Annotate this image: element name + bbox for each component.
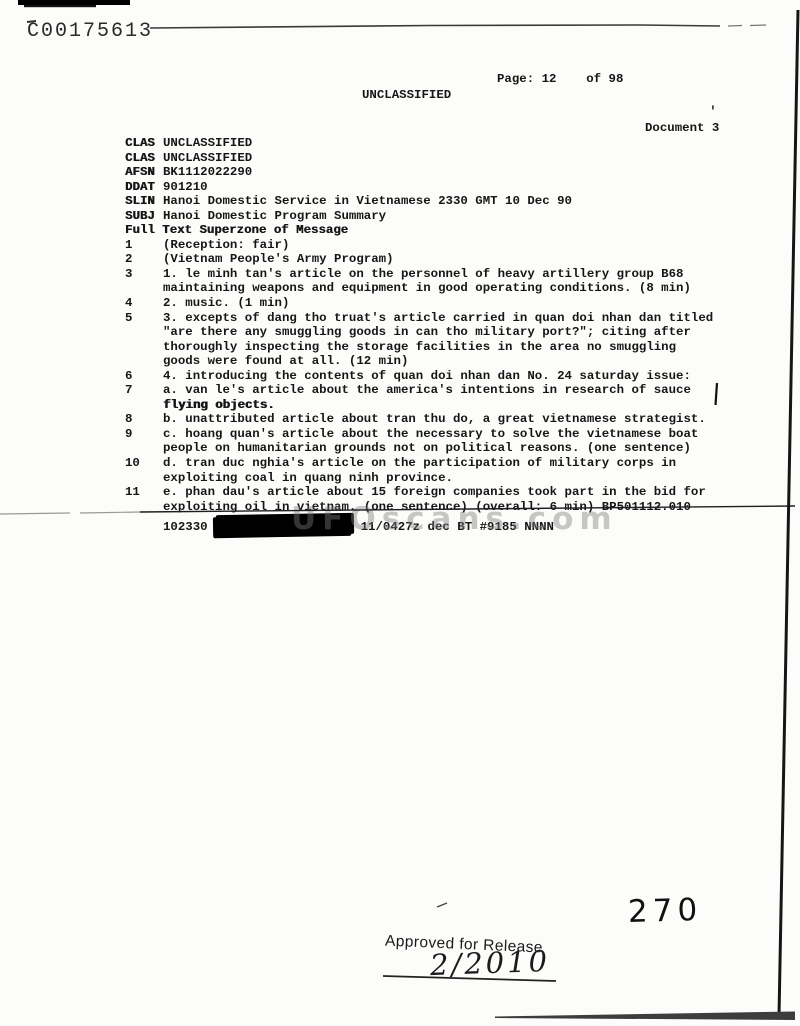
list-item-text: d. tran duc nghia's article on the parti… — [163, 456, 745, 485]
field-label: CLAS — [125, 151, 163, 166]
list-item: 7a. van le's article about the america's… — [125, 383, 745, 412]
mid-scan-line-dashed — [0, 512, 140, 514]
text-line: (Reception: fair) — [163, 238, 745, 253]
page-number-label: Page: 12 of 98 — [497, 72, 623, 87]
list-item: 42. music. (1 min) — [125, 296, 745, 311]
list-item-number: 9 — [125, 427, 163, 442]
field-value: Hanoi Domestic Service in Vietnamese 233… — [163, 194, 745, 209]
list-item: 64. introducing the contents of quan doi… — [125, 369, 745, 384]
text-line: exploiting coal in quang ninh province. — [163, 471, 745, 486]
text-line: thoroughly inspecting the storage facili… — [163, 340, 745, 355]
list-item: 1(Reception: fair) — [125, 238, 745, 253]
text-line: 4. introducing the contents of quan doi … — [163, 369, 745, 384]
list-item-number: 6 — [125, 369, 163, 384]
field-value: UNCLASSIFIED — [163, 136, 745, 151]
handwritten-page-number: 270 — [628, 892, 703, 930]
classification-header: UNCLASSIFIED — [362, 88, 451, 103]
text-line: d. tran duc nghia's article on the parti… — [163, 456, 745, 471]
field-row: CLASUNCLASSIFIED — [125, 151, 745, 166]
list-item-number: 3 — [125, 267, 163, 282]
list-item-text: (Reception: fair) — [163, 238, 745, 253]
list-item: 8b. unattributed article about tran thu … — [125, 412, 745, 427]
field-label: DDAT — [125, 180, 163, 195]
field-row: CLASUNCLASSIFIED — [125, 136, 745, 151]
text-line: a. van le's article about the america's … — [163, 383, 745, 398]
list-item: 9c. hoang quan's article about the neces… — [125, 427, 745, 456]
text-line: 102330 — [163, 520, 208, 534]
text-line: b. unattributed article about tran thu d… — [163, 412, 745, 427]
list-item-text: b. unattributed article about tran thu d… — [163, 412, 745, 427]
text-line: "are there any smuggling goods in can th… — [163, 325, 745, 340]
field-value: BK1112022290 — [163, 165, 745, 180]
field-label: SUBJ — [125, 209, 163, 224]
pen-apostrophe-mark: ' — [709, 104, 717, 119]
list-item-text: a. van le's article about the america's … — [163, 383, 745, 412]
list-item-number: 7 — [125, 383, 163, 398]
list-item: 10d. tran duc nghia's article on the par… — [125, 456, 745, 485]
field-value: 901210 — [163, 180, 745, 195]
list-item-number: 5 — [125, 311, 163, 326]
field-value: Hanoi Domestic Program Summary — [163, 209, 745, 224]
list-item-number: 10 — [125, 456, 163, 471]
list-item-text: 2. music. (1 min) — [163, 296, 745, 311]
field-row: DDAT901210 — [125, 180, 745, 195]
list-item-text: 3. excepts of dang tho truat's article c… — [163, 311, 745, 369]
text-line: flying objects. — [163, 398, 745, 413]
list-item-text: 4. introducing the contents of quan doi … — [163, 369, 745, 384]
list-item: 31. le minh tan's article on the personn… — [125, 267, 745, 296]
text-line: maintaining weapons and equipment in goo… — [163, 281, 745, 296]
watermark: UFOscans.com — [291, 501, 618, 537]
message-body: CLASUNCLASSIFIEDCLASUNCLASSIFIEDAFSNBK11… — [125, 136, 745, 535]
top-scan-line — [150, 25, 720, 28]
scanned-document-page: C00175613 Page: 12 of 98 UNCLASSIFIED Do… — [0, 0, 800, 1026]
document-scan-id: C00175613 — [27, 20, 153, 43]
list-item: 53. excepts of dang tho truat's article … — [125, 311, 745, 369]
superzone-heading: Full Text Superzone of Message — [125, 223, 745, 238]
list-item-number: 1 — [125, 238, 163, 253]
text-line: 3. excepts of dang tho truat's article c… — [163, 311, 745, 326]
list-item-number: 4 — [125, 296, 163, 311]
text-line: 1. le minh tan's article on the personne… — [163, 267, 745, 282]
list-item-text: c. hoang quan's article about the necess… — [163, 427, 745, 456]
top-scan-line-dashes — [728, 25, 766, 26]
top-left-ink-smear — [18, 0, 130, 5]
handwritten-release-date: 2/2010 — [429, 944, 550, 982]
field-label: CLAS — [125, 136, 163, 151]
text-line: people on humanitarian grounds not on po… — [163, 441, 745, 456]
right-edge-scan-line — [779, 10, 798, 1016]
field-row: SUBJHanoi Domestic Program Summary — [125, 209, 745, 224]
list-item-text: (Vietnam People's Army Program) — [163, 252, 745, 267]
list-item-number: 2 — [125, 252, 163, 267]
document-number-label: Document 3 — [645, 121, 719, 136]
top-left-ink-smear-2 — [24, 5, 96, 7]
bottom-edge-scan-line — [495, 1012, 795, 1021]
text-line: (Vietnam People's Army Program) — [163, 252, 745, 267]
list-item: 2(Vietnam People's Army Program) — [125, 252, 745, 267]
field-row: SLINHanoi Domestic Service in Vietnamese… — [125, 194, 745, 209]
pen-flick-mark — [437, 903, 447, 907]
text-line: 2. music. (1 min) — [163, 296, 745, 311]
text-line: goods were found at all. (12 min) — [163, 354, 745, 369]
field-row: AFSNBK1112022290 — [125, 165, 745, 180]
field-value: UNCLASSIFIED — [163, 151, 745, 166]
list-item-number: 11 — [125, 485, 163, 500]
list-item-number: 8 — [125, 412, 163, 427]
field-label: SLIN — [125, 194, 163, 209]
list-item-text: 1. le minh tan's article on the personne… — [163, 267, 745, 296]
text-line: c. hoang quan's article about the necess… — [163, 427, 745, 442]
field-label: AFSN — [125, 165, 163, 180]
text-line: e. phan dau's article about 15 foreign c… — [163, 485, 745, 500]
